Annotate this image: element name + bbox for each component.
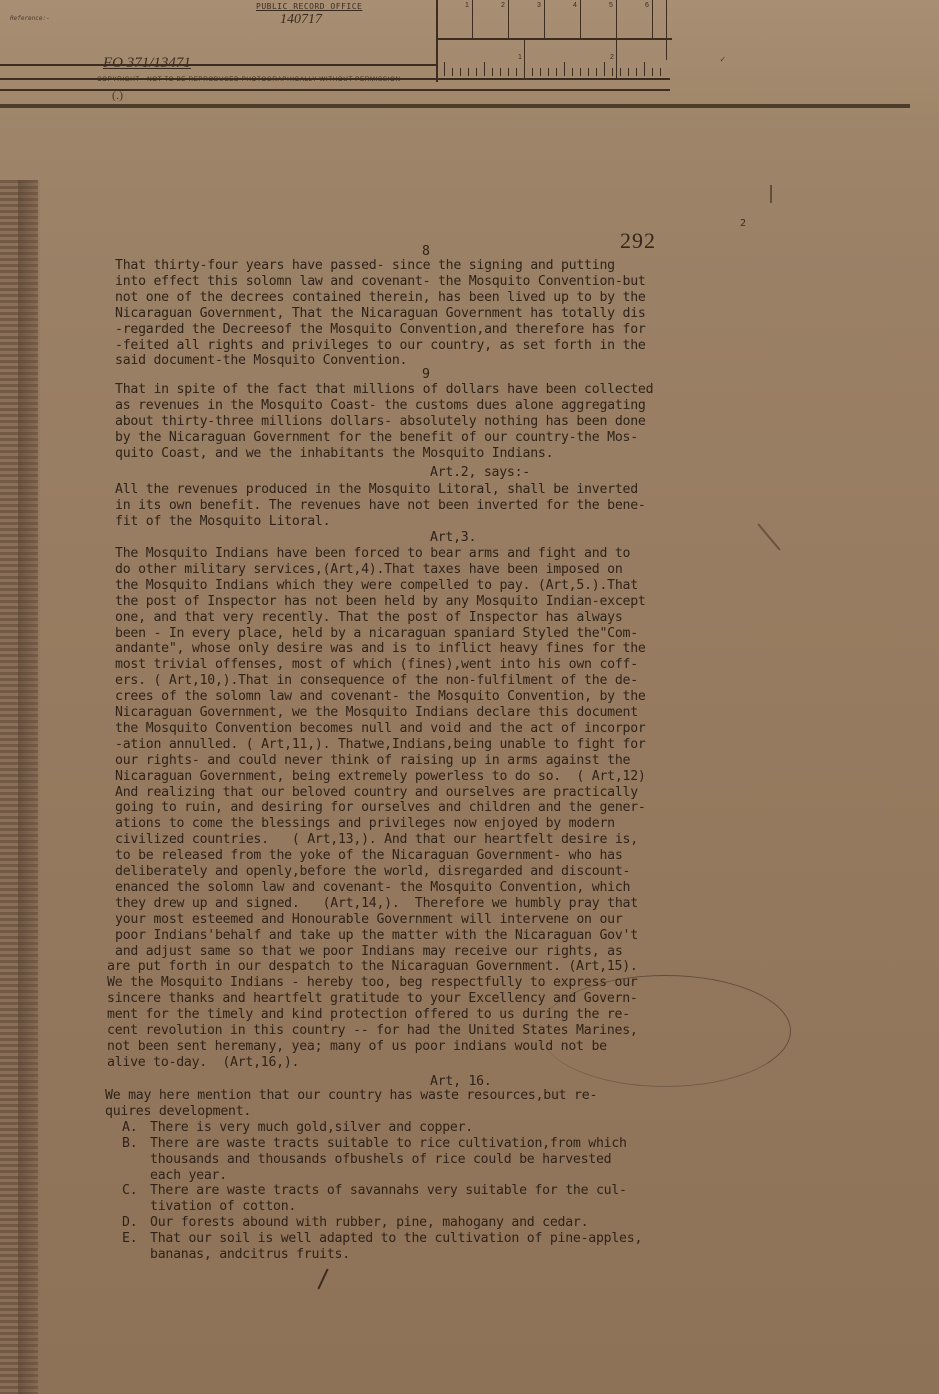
list-item-text: There are waste tracts of savannahs very… — [150, 1183, 627, 1199]
ruler-tick — [460, 68, 461, 76]
text-line: All the revenues produced in the Mosquit… — [115, 482, 638, 498]
text-line: by the Nicaraguan Government for the ben… — [115, 430, 638, 446]
text-line: quires development. — [105, 1104, 251, 1120]
text-line: and adjust same so that we poor Indians … — [115, 944, 623, 960]
ruler-tick — [556, 68, 557, 76]
archive-header-slip: Reference:- PUBLIC RECORD OFFICE 140717 … — [0, 0, 939, 118]
ruler-tick — [548, 68, 549, 76]
ruler-tick — [572, 68, 573, 76]
reference-label: Reference:- — [10, 15, 50, 22]
ruler-tick — [644, 62, 645, 76]
ruler-tick — [452, 68, 453, 76]
ruler-tick — [476, 68, 477, 76]
ruler-cell-line — [616, 0, 617, 38]
ruler-major-line — [524, 38, 525, 78]
text-line: to be released from the yoke of the Nica… — [115, 848, 623, 864]
ruler-tick — [628, 68, 629, 76]
ruler-number: 4 — [573, 2, 577, 9]
list-item-text: There is very much gold,silver and coppe… — [150, 1120, 473, 1136]
ruler-tick — [492, 68, 493, 76]
text-line: the post of Inspector has not been held … — [115, 594, 646, 610]
article-heading: Art.2, says:- — [430, 465, 530, 481]
text-line: they drew up and signed. (Art,14,). Ther… — [115, 896, 638, 912]
text-line: That thirty-four years have passed- sinc… — [115, 258, 615, 274]
text-line: deliberately and openly,before the world… — [115, 864, 630, 880]
text-line: That in spite of the fact that millions … — [115, 382, 653, 398]
list-marker: E. — [122, 1231, 137, 1247]
article-heading: Art,3. — [430, 530, 476, 546]
list-item-text: tivation of cotton. — [150, 1199, 296, 1215]
office-number: 140717 — [280, 12, 322, 28]
ruler-tick — [604, 62, 605, 76]
ruler-tick — [516, 68, 517, 76]
ruler-tick — [564, 62, 565, 76]
ruler-number: 2 — [501, 2, 505, 9]
pencil-circle-annotation — [540, 975, 791, 1087]
ruler-tick — [468, 68, 469, 76]
ruler-number: 2 — [610, 54, 614, 61]
text-line: alive to-day. (Art,16,). — [107, 1055, 299, 1071]
text-line: as revenues in the Mosquito Coast- the c… — [115, 398, 646, 414]
section-number: 9 — [422, 367, 430, 383]
list-marker: A. — [122, 1120, 137, 1136]
text-line: andante", whose only desire was and is t… — [115, 641, 646, 657]
check-mark: ✓ — [720, 55, 725, 65]
slip-rule-lower — [0, 89, 670, 91]
office-label: PUBLIC RECORD OFFICE — [256, 2, 362, 11]
text-line: civilized countries. ( Art,13,). And tha… — [115, 832, 638, 848]
ruler-tick — [444, 62, 445, 76]
text-line: crees of the solomn law and covenant- th… — [115, 689, 646, 705]
text-line: most trivial offenses, most of which (fi… — [115, 657, 638, 673]
text-line: We the Mosquito Indians - hereby too, be… — [107, 975, 638, 991]
ruler-tick — [620, 68, 621, 76]
text-line: into effect this solomn law and covenant… — [115, 274, 646, 290]
text-line: said document-the Mosquito Convention. — [115, 353, 407, 369]
text-line: -regarded the Decreesof the Mosquito Con… — [115, 322, 646, 338]
ruler-tick — [660, 68, 661, 76]
text-line: the Mosquito Convention becomes null and… — [115, 721, 646, 737]
ruler-cell-line — [472, 0, 473, 38]
list-item-text: bananas, andcitrus fruits. — [150, 1247, 350, 1263]
list-marker: B. — [122, 1136, 137, 1152]
text-line: enanced the solomn law and covenant- the… — [115, 880, 630, 896]
text-line: ers. ( Art,10,).That in consequence of t… — [115, 673, 638, 689]
ruler-divider — [436, 38, 672, 40]
text-line: your most esteemed and Honourable Govern… — [115, 912, 623, 928]
ruler-number: 1 — [465, 2, 469, 9]
text-line: one, and that very recently. That the po… — [115, 610, 623, 626]
pencil-top-mark — [770, 185, 772, 203]
text-line: We may here mention that our country has… — [105, 1088, 597, 1104]
text-line: been - In every place, held by a nicarag… — [115, 626, 638, 642]
text-line: do other military services,(Art,4).That … — [115, 562, 623, 578]
ruler-tick — [484, 62, 485, 76]
text-line: going to ruin, and desiring for ourselve… — [115, 800, 646, 816]
ruler-edge — [436, 0, 438, 82]
ruler-tick — [596, 68, 597, 76]
slip-rule-upper — [0, 64, 436, 66]
list-item-text: each year. — [150, 1168, 227, 1184]
list-item-text: There are waste tracts suitable to rice … — [150, 1136, 627, 1152]
text-line: Nicaraguan Government, being extremely p… — [115, 769, 646, 785]
ruler-number: 1 — [518, 54, 522, 61]
binding-shadow — [18, 180, 40, 1394]
text-line: our rights- and could never think of rai… — [115, 753, 630, 769]
text-line: are put forth in our despatch to the Nic… — [107, 959, 638, 975]
ruler-tick — [540, 68, 541, 76]
text-line: -ation annulled. ( Art,11,). Thatwe,Indi… — [115, 737, 646, 753]
ruler-number: 6 — [645, 2, 649, 9]
text-line: Nicaraguan Government, That the Nicaragu… — [115, 306, 646, 322]
text-line: in its own benefit. The revenues have no… — [115, 498, 646, 514]
ruler-tick — [500, 68, 501, 76]
ruler-cell-line — [666, 0, 667, 60]
ruler-number: 5 — [609, 2, 613, 9]
ruler-cell-line — [652, 0, 653, 38]
ruler-number: 3 — [537, 2, 541, 9]
text-line: fit of the Mosquito Litoral. — [115, 514, 330, 530]
list-marker: D. — [122, 1215, 137, 1231]
text-line: And realizing that our beloved country a… — [115, 785, 638, 801]
folio-number: 292 — [620, 228, 656, 254]
list-marker: C. — [122, 1183, 137, 1199]
text-line: the Mosquito Indians which they were com… — [115, 578, 638, 594]
ruler-tick — [612, 68, 613, 76]
text-line: poor Indians'behalf and take up the matt… — [115, 928, 638, 944]
ruler-cell-line — [544, 0, 545, 38]
ruler-tick — [532, 68, 533, 76]
text-line: ations to come the blessings and privile… — [115, 816, 615, 832]
text-line: The Mosquito Indians have been forced to… — [115, 546, 630, 562]
corner-mark: 2 — [740, 218, 746, 229]
ruler-tick — [636, 68, 637, 76]
list-item-text: thousands and thousands ofbushels of ric… — [150, 1152, 611, 1168]
ruler-tick — [652, 68, 653, 76]
ruler-tick — [588, 68, 589, 76]
ruler-tick — [580, 68, 581, 76]
text-line: about thirty-three millions dollars- abs… — [115, 414, 646, 430]
text-line: quito Coast, and we the inhabitants the … — [115, 446, 553, 462]
ruler-cell-line — [508, 0, 509, 38]
ruler-major-line — [616, 38, 617, 78]
slip-bottom-rule — [0, 104, 910, 108]
list-item-text: Our forests abound with rubber, pine, ma… — [150, 1215, 588, 1231]
list-item-text: That our soil is well adapted to the cul… — [150, 1231, 642, 1247]
text-line: Nicaraguan Government, we the Mosquito I… — [115, 705, 638, 721]
text-line: not one of the decrees contained therein… — [115, 290, 646, 306]
ruler-cell-line — [580, 0, 581, 38]
text-line: -feited all rights and privileges to our… — [115, 338, 646, 354]
measurement-ruler: 12345612 — [436, 0, 672, 82]
text-line: not been sent heremany, yea; many of us … — [107, 1039, 607, 1055]
ruler-tick — [508, 68, 509, 76]
